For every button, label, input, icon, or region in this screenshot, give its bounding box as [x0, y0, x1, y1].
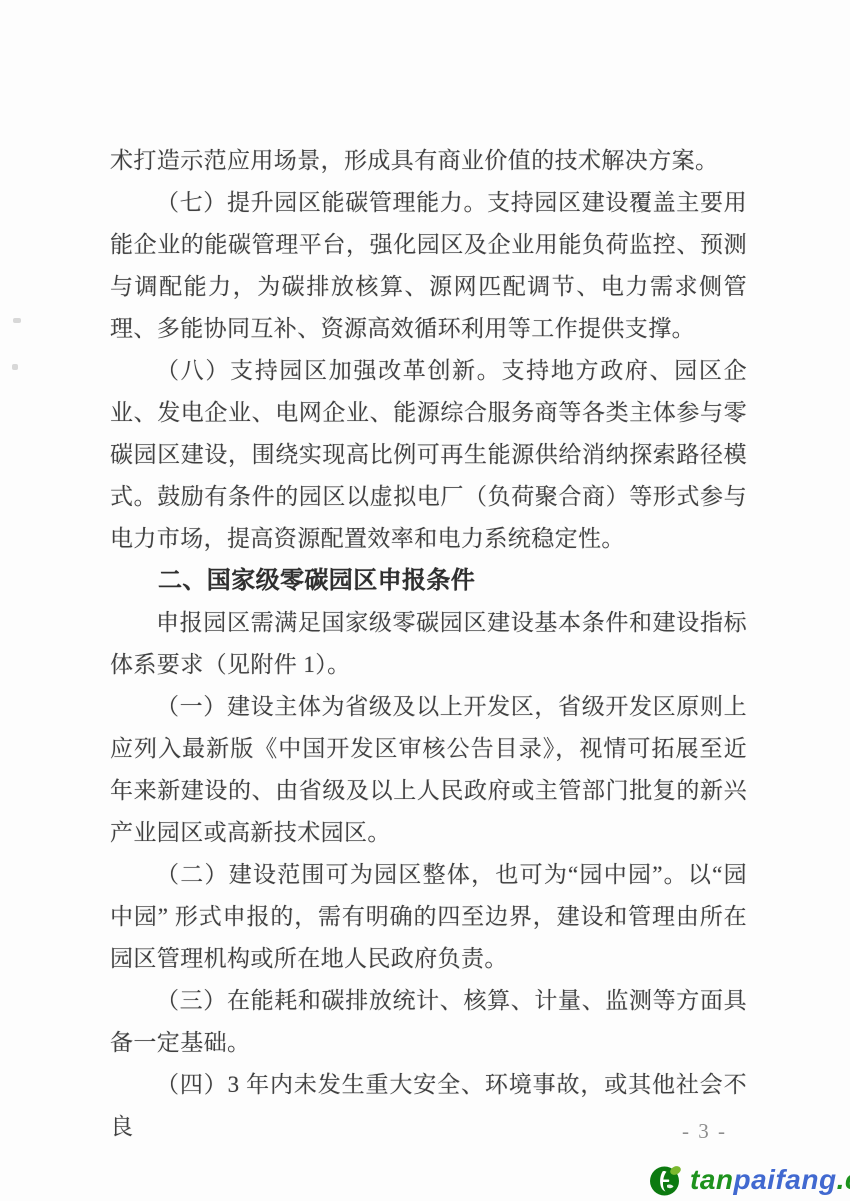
tanpaifang-watermark: tanpaifang.com — [649, 1163, 850, 1197]
paragraph: （七）提升园区能碳管理能力。支持园区建设覆盖主要用能企业的能碳管理平台，强化园区… — [110, 182, 747, 350]
section-heading: 二、国家级零碳园区申报条件 — [110, 560, 747, 602]
watermark-text-tan: tan — [690, 1164, 734, 1195]
paragraph: 术打造示范应用场景，形成具有商业价值的技术解决方案。 — [110, 140, 747, 182]
page-number: - 3 - — [682, 1119, 727, 1144]
watermark-text-com: .com — [837, 1164, 850, 1195]
paragraph: 申报园区需满足国家级零碳园区建设基本条件和建设指标体系要求（见附件 1）。 — [110, 602, 747, 686]
document-page: 术打造示范应用场景，形成具有商业价值的技术解决方案。（七）提升园区能碳管理能力。… — [0, 0, 850, 1201]
paragraph: （四）3 年内未发生重大安全、环境事故，或其他社会不良 — [110, 1064, 747, 1148]
tanpaifang-logo-icon — [649, 1163, 682, 1197]
paragraph: （一）建设主体为省级及以上开发区，省级开发区原则上应列入最新版《中国开发区审核公… — [110, 686, 747, 854]
scan-speck — [13, 318, 21, 323]
paragraph: （三）在能耗和碳排放统计、核算、计量、监测等方面具备一定基础。 — [110, 980, 747, 1064]
paragraph: （二）建设范围可为园区整体，也可为“园中园”。以“园中园” 形式申报的，需有明确… — [110, 854, 747, 980]
body-text: 术打造示范应用场景，形成具有商业价值的技术解决方案。（七）提升园区能碳管理能力。… — [110, 140, 747, 1148]
scan-speck — [12, 364, 18, 370]
watermark-text-paifang: paifang — [734, 1164, 837, 1195]
watermark-text: tanpaifang.com — [690, 1164, 850, 1196]
paragraph: （八）支持园区加强改革创新。支持地方政府、园区企业、发电企业、电网企业、能源综合… — [110, 350, 747, 560]
